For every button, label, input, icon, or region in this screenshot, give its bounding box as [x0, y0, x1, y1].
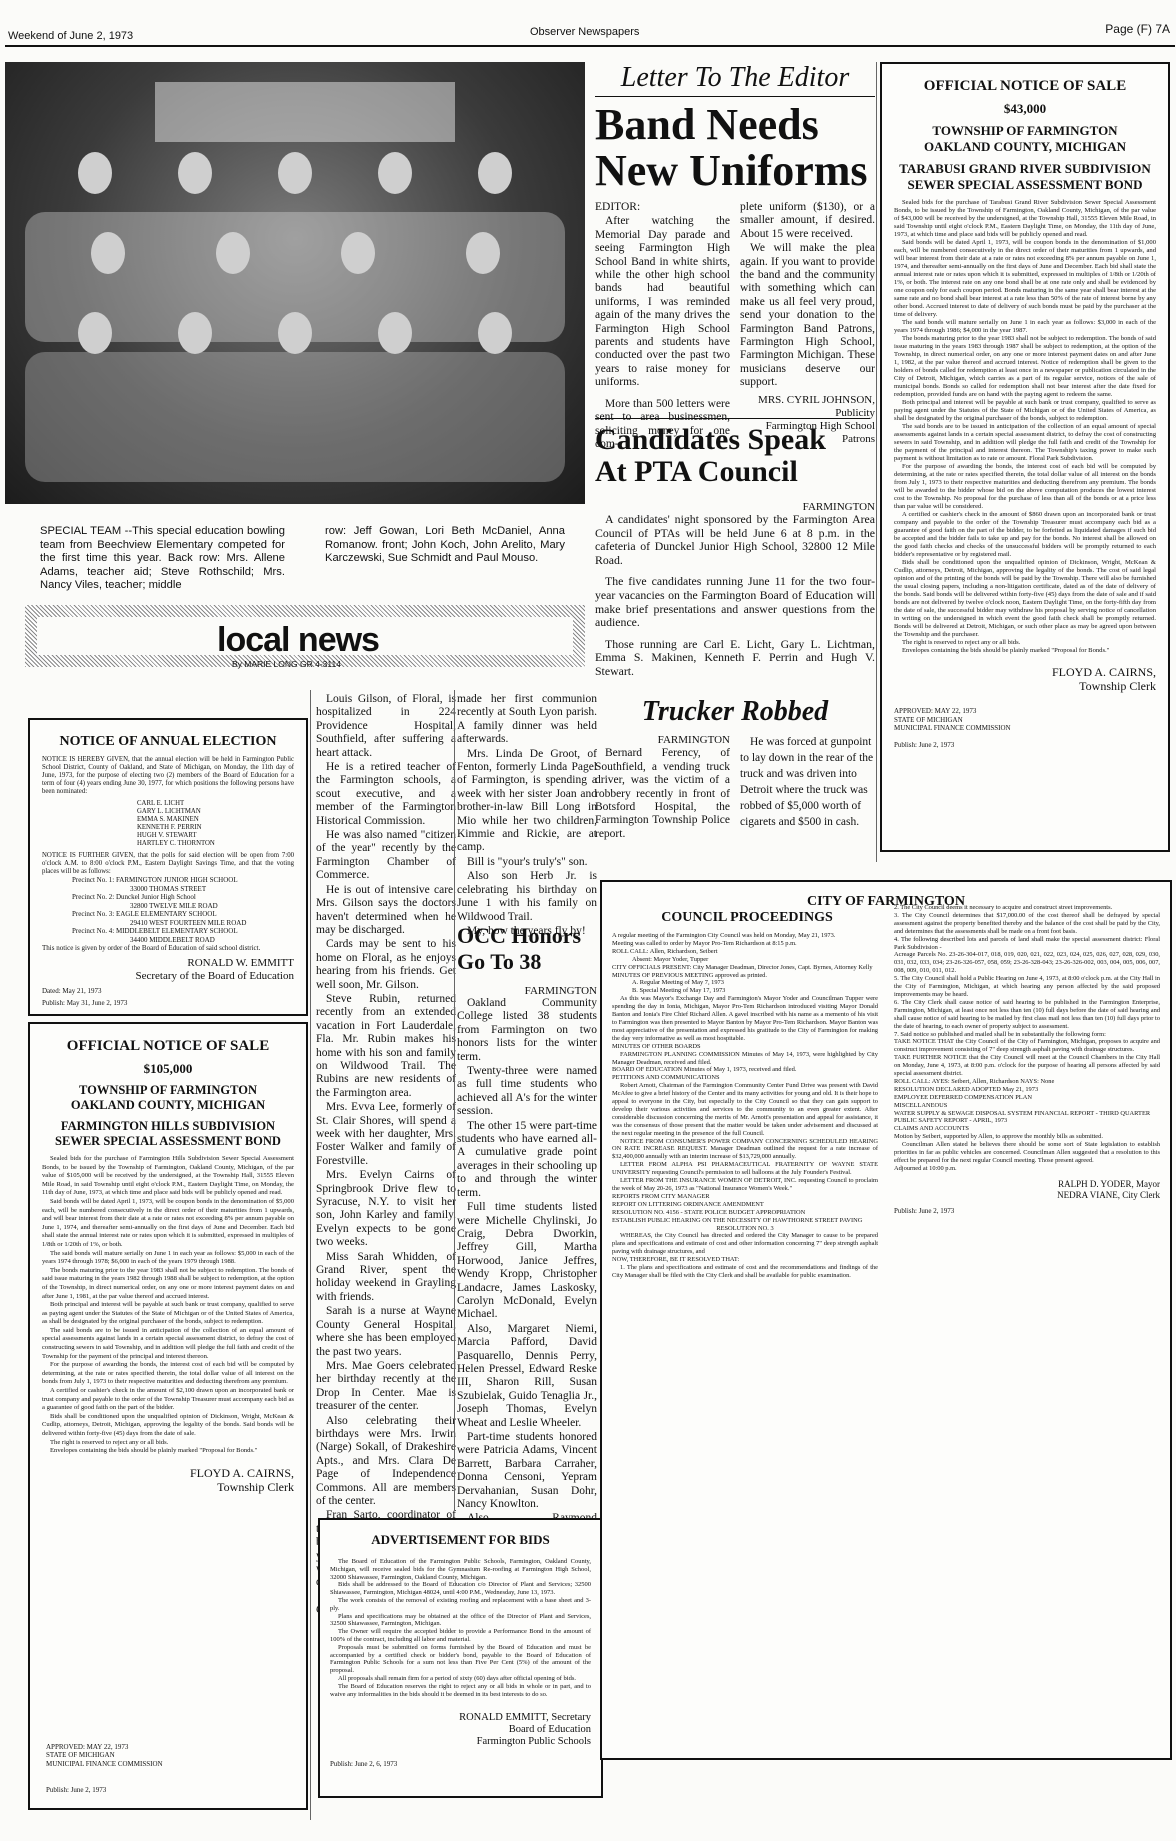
photo-banner [155, 82, 455, 142]
occ-honors-article: OCC Honors Go To 38 FARMINGTON Oakland C… [457, 925, 597, 1607]
council-proceedings: CITY OF FARMINGTON COUNCIL PROCEEDINGS A… [600, 880, 1172, 1760]
pta-article: Candidates Speak At PTA Council FARMINGT… [595, 425, 875, 680]
column-rule [454, 690, 455, 1510]
local-news-title: local news [217, 621, 379, 660]
occ-headline-2: Go To 38 [457, 951, 597, 973]
notice-signature: FLOYD A. CAIRNS,Township Clerk [894, 665, 1156, 693]
notice-body: Sealed bids for the purchase of Tarabusi… [894, 199, 1156, 655]
header-rule [5, 45, 1175, 47]
column-rule [876, 62, 877, 862]
column-rule [310, 690, 311, 1820]
notice-of-sale-105000: OFFICIAL NOTICE OF SALE $105,000 TOWNSHI… [28, 1022, 308, 1810]
council-right-column: 2. The City Council deems it necessary t… [894, 904, 1160, 1280]
issue-date: Weekend of June 2, 1973 [8, 30, 133, 42]
letter-headline-2: New Uniforms [595, 149, 875, 193]
occ-headline-1: OCC Honors [457, 925, 597, 947]
trucker-headline: Trucker Robbed [595, 698, 875, 726]
advertisement-for-bids: ADVERTISEMENT FOR BIDS The Board of Educ… [318, 1518, 603, 1798]
local-news-byline: By MARIE LONG GR 4-3114 [232, 659, 341, 669]
letter-kicker: Letter To The Editor [595, 62, 875, 97]
page-number: Page (F) 7A [1105, 22, 1170, 36]
local-news-col-2: made her first communion recently at Sou… [457, 693, 597, 939]
photo-caption-right: row: Jeff Gowan, Lori Beth McDaniel, Ann… [325, 525, 565, 566]
letter-col-1: EDITOR: After watching the Memorial Day … [595, 201, 730, 452]
notice-of-annual-election: NOTICE OF ANNUAL ELECTION NOTICE IS HERE… [28, 718, 308, 1016]
local-news-banner: local news By MARIE LONG GR 4-3114 [25, 605, 585, 667]
pta-headline-1: Candidates Speak [595, 425, 875, 455]
section-rule [595, 418, 870, 419]
trucker-dateline: FARMINGTON [595, 734, 730, 747]
trucker-article: Trucker Robbed FARMINGTON Bernard Ferenc… [595, 698, 875, 842]
letter-col-2: plete uniform ($130), or a smaller amoun… [740, 201, 875, 452]
local-news-col-1: Louis Gilson, of Floral, is hospitalized… [316, 693, 456, 1619]
notice-of-sale-43000: OFFICIAL NOTICE OF SALE $43,000 TOWNSHIP… [880, 62, 1170, 852]
letter-to-editor: Letter To The Editor Band Needs New Unif… [595, 62, 875, 452]
approval-block: APPROVED: MAY 22, 1973STATE OF MICHIGANM… [894, 707, 1156, 733]
letter-headline-1: Band Needs [595, 103, 875, 147]
council-left-column: A regular meeting of the Farmington City… [612, 932, 878, 1280]
photo-caption-left: SPECIAL TEAM --This special education bo… [40, 525, 285, 593]
bowling-team-photo [5, 62, 585, 504]
publication-name: Observer Newspapers [530, 26, 639, 38]
pta-headline-2: At PTA Council [595, 457, 875, 487]
